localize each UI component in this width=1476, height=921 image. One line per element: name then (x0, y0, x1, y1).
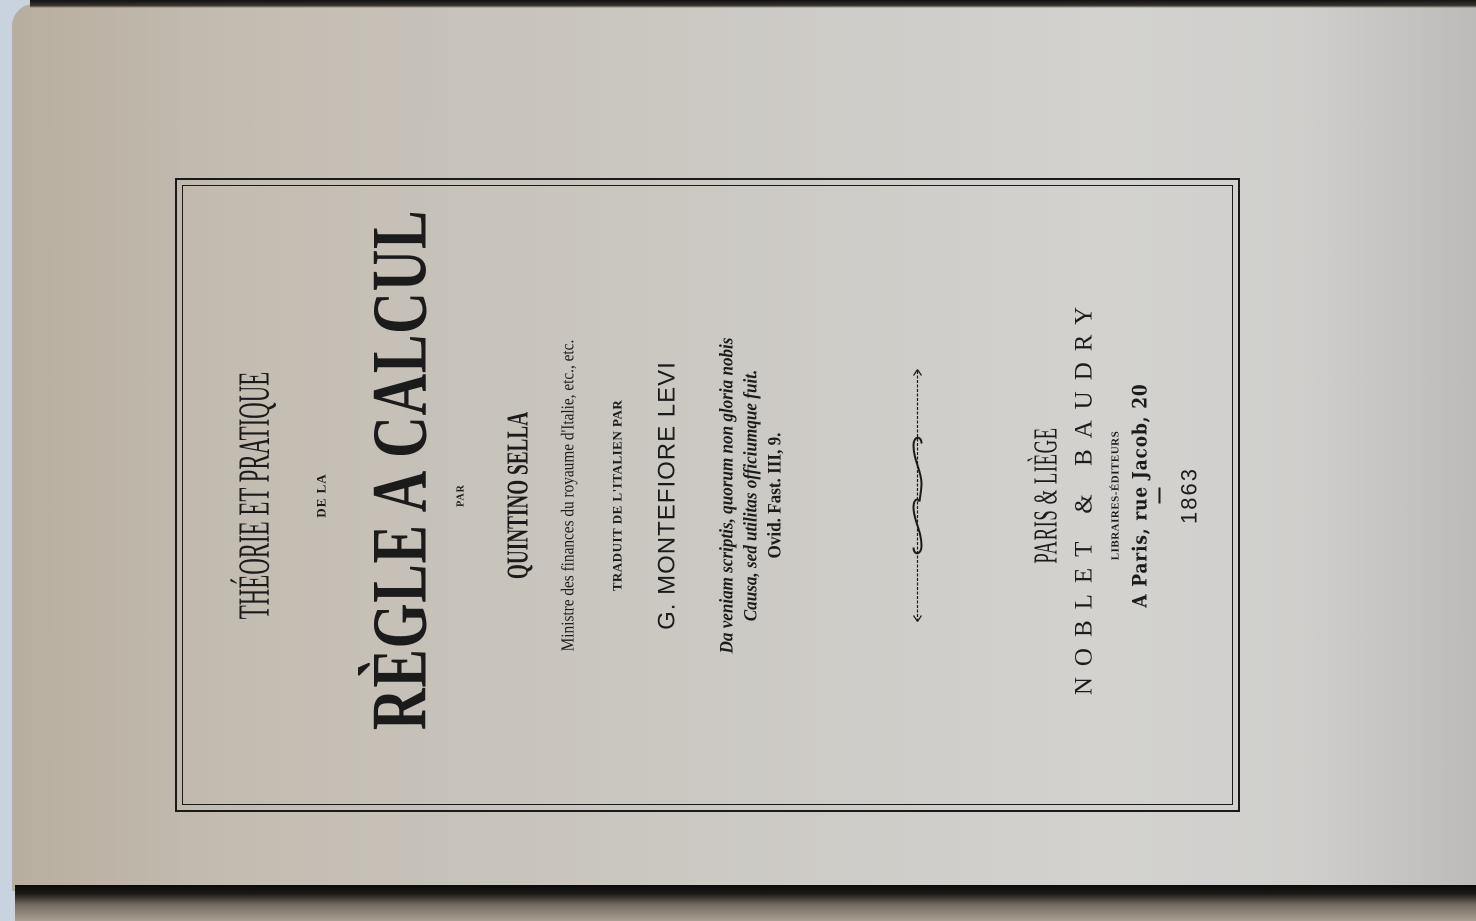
epigraph-line-1: Da veniam scriptis, quorum non gloria no… (718, 210, 737, 781)
epigraph-citation: Ovid. Fast. III, 9. (766, 210, 785, 781)
imprint-divider (1159, 488, 1161, 504)
author-role: Ministre des finances du royaume d'Itali… (559, 226, 577, 765)
imprint-year: 1863 (1179, 179, 1201, 813)
translator-name: G. MONTEFIORE LEVI (656, 179, 680, 813)
title-line-1: THÉORIE ET PRATIQUE (233, 331, 277, 661)
title-line-2: DE LA (315, 179, 328, 813)
imprint-address: A Paris, rue Jacob, 20 (1130, 226, 1150, 765)
page-bottom-edge (15, 885, 1476, 921)
main-title: RÈGLE A CALCUL (361, 261, 439, 730)
translation-prefix: TRADUIT DE L'ITALIEN PAR (611, 179, 624, 813)
imprint-publisher: NOBLET & BAUDRY (1072, 179, 1097, 813)
page-top-edge (30, 0, 1476, 8)
imprint-publisher-role: LIBRAIRES-ÉDITEURS (1111, 179, 1122, 813)
page-shadow (1300, 0, 1476, 900)
author-name: QUINTINO SELLA (502, 299, 533, 692)
epigraph-line-2: Causa, sed utilitas officiumque fuit. (742, 210, 761, 781)
scroll-rule-icon (903, 366, 933, 626)
author-prefix: PAR (457, 179, 467, 813)
title-page-content: THÉORIE ET PRATIQUE DE LA RÈGLE A CALCUL… (175, 179, 1240, 813)
imprint-place: PARIS & LIÈGE (1030, 321, 1064, 670)
